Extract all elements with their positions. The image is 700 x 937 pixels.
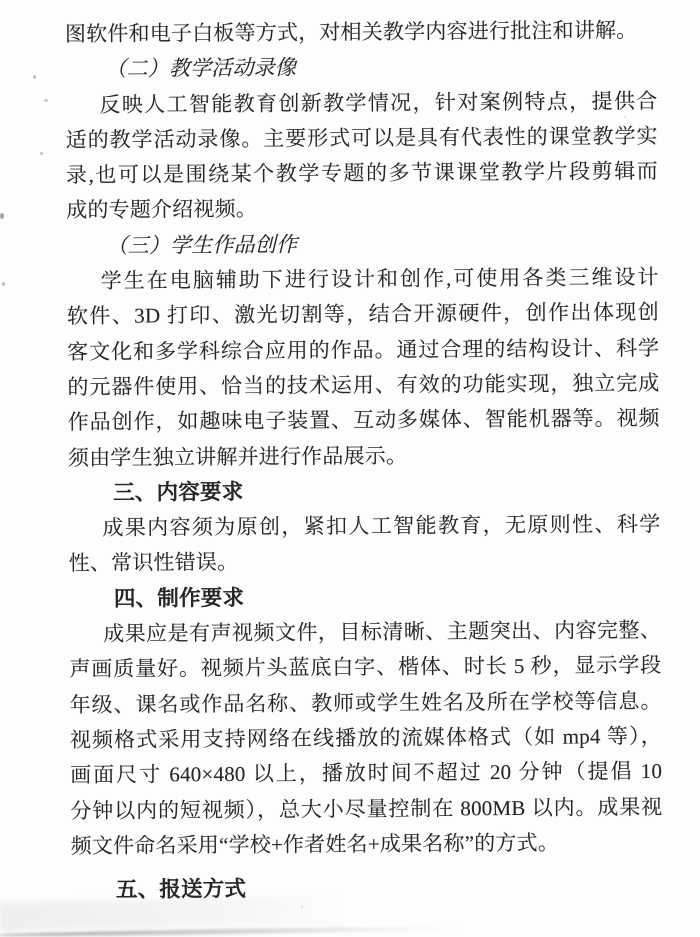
body-line: 学生在电脑辅助下进行设计和创作,可使用各类三维设计 (67, 260, 659, 299)
body-line: 声画质量好。视频片头蓝底白字、楷体、时长 5 秒，显示学段 (69, 648, 661, 687)
body-line: 成果应是有声视频文件，目标清晰、主题突出、内容完整、 (69, 613, 661, 652)
body-line: 成的专题介绍视频。 (66, 189, 658, 228)
scan-speckle (33, 75, 36, 79)
scan-speckle (624, 116, 626, 118)
body-line: 的元器件使用、恰当的技术运用、有效的功能实现，独立完成 (67, 366, 659, 405)
body-line: 适的教学活动录像。主要形式可以是具有代表性的课堂教学实 (66, 119, 658, 158)
scan-speckle (44, 99, 48, 102)
body-line: 成果内容须为原创，紧扣人工智能教育，无原则性、科学 (68, 507, 660, 546)
scan-speckle (0, 213, 4, 219)
scan-speckle (95, 351, 97, 353)
scan-shadow (0, 893, 430, 931)
body-line: 视频格式采用支持网络在线播放的流媒体格式（如 mp4 等）， (70, 719, 662, 758)
body-line: 图软件和电子白板等方式，对相关教学内容进行批注和讲解。 (65, 13, 657, 52)
subsection-heading: （三）学生作品创作 (66, 225, 658, 264)
document-page: 图软件和电子白板等方式，对相关教学内容进行批注和讲解。 （二）教学活动录像 反映… (0, 0, 700, 937)
body-line: 客文化和多学科综合应用的作品。通过合理的结构设计、科学 (67, 331, 659, 370)
body-line: 性、常识性错误。 (69, 542, 661, 581)
body-line: 反映人工智能教育创新教学情况，针对案例特点，提供合 (65, 84, 657, 123)
body-line: 软件、3D 打印、激光切割等，结合开源硬件，创作出体现创 (67, 295, 659, 334)
scan-speckle (2, 282, 5, 286)
document-text-block: 图软件和电子白板等方式，对相关教学内容进行批注和讲解。 （二）教学活动录像 反映… (65, 13, 663, 909)
subsection-heading: （二）教学活动录像 (65, 48, 657, 87)
body-line: 须由学生独立讲解并进行作品展示。 (68, 436, 660, 475)
body-line: 录,也可以是围绕某个教学专题的多节课课堂教学片段剪辑而 (66, 154, 658, 193)
scan-speckle (40, 152, 43, 155)
body-line: 作品创作，如趣味电子装置、互动多媒体、智能机器等。视频 (68, 401, 660, 440)
body-line: 画面尺寸 640×480 以上，播放时间不超过 20 分钟（提倡 10 (70, 754, 662, 793)
section-heading: 四、制作要求 (69, 578, 661, 617)
body-line: 频文件命名采用“学校+作者姓名+成果名称”的方式。 (71, 825, 663, 864)
body-line: 分钟以内的短视频），总大小尽量控制在 800MB 以内。成果视 (70, 789, 662, 828)
section-heading: 三、内容要求 (68, 472, 660, 511)
body-line: 年级、课名或作品名称、教师或学生姓名及所在学校等信息。 (70, 684, 662, 723)
